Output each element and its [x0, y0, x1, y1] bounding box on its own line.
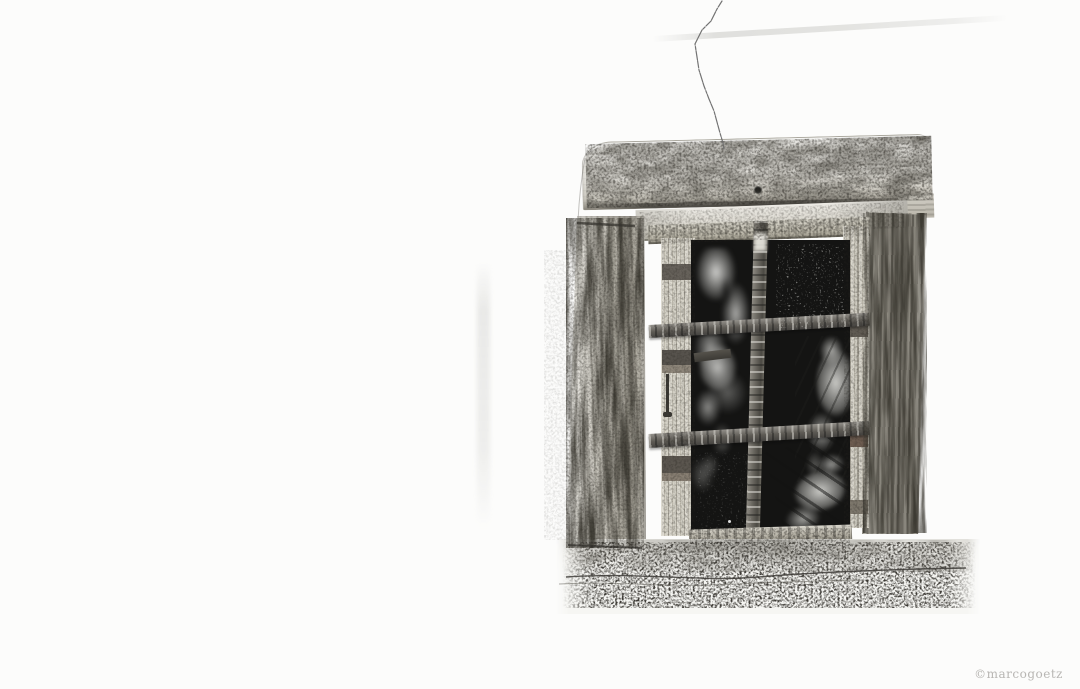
left-jamb-post: [564, 216, 646, 550]
latch-hook: [663, 412, 672, 417]
lintel-knot-hole: [753, 186, 763, 194]
photographer-watermark: ©marcogoetz: [974, 667, 1063, 681]
window-sill: [556, 539, 980, 614]
plaster-streak: [477, 262, 490, 527]
photo-canvas: ©marcogoetz: [0, 0, 1080, 689]
joint-mark: [662, 365, 693, 373]
window-glass: [691, 240, 850, 534]
reflection-left-bottom: [691, 452, 719, 498]
wall-crack-line: [695, 1, 724, 149]
plaster-seam-band: [652, 15, 1008, 42]
joint-mark: [662, 473, 693, 481]
right-jamb-post: [862, 212, 928, 534]
latch-handle: [666, 374, 669, 414]
joint-mark: [662, 264, 693, 280]
joint-mark: [662, 350, 693, 365]
joint-mark: [662, 456, 693, 473]
reflection-creases: [764, 434, 850, 534]
sash-left-stile: [661, 238, 695, 536]
glass-highlight-dot: [728, 520, 731, 523]
whitewash-patch: [754, 233, 766, 251]
